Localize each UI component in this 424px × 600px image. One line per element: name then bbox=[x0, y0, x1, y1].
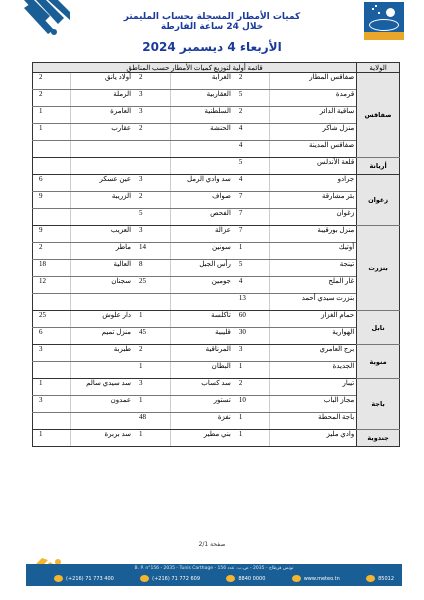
rainfall-value: 1 bbox=[133, 362, 170, 379]
station-name: طبربة bbox=[70, 345, 133, 362]
table-row: مجاز الباب10تستور1عمدون3 bbox=[33, 396, 400, 413]
table-row: أريانةقلعة الأندلس5 bbox=[33, 158, 400, 175]
station-name: الفحص bbox=[170, 209, 233, 226]
rainfall-value: 60 bbox=[233, 311, 270, 328]
web-icon bbox=[292, 575, 301, 582]
station-name: المرناقية bbox=[170, 345, 233, 362]
rainfall-value: 3 bbox=[233, 345, 270, 362]
page-number: صفحة 2/1 bbox=[0, 541, 424, 548]
station-name: صواف bbox=[170, 192, 233, 209]
rainfall-value bbox=[33, 362, 71, 379]
station-name: تستور bbox=[170, 396, 233, 413]
governorate-cell: نابل bbox=[357, 311, 400, 345]
table-row: منوبةبرج العامري3المرناقية2طبربة3 bbox=[33, 345, 400, 362]
rainfall-value: 3 bbox=[133, 90, 170, 107]
table-row: قرمدة5العقاربية3الرملة2 bbox=[33, 90, 400, 107]
station-name bbox=[70, 362, 133, 379]
rainfall-value: 2 bbox=[133, 345, 170, 362]
station-name: قليبية bbox=[170, 328, 233, 345]
station-name bbox=[70, 413, 133, 430]
footer-contact-text: 85012 bbox=[378, 576, 394, 582]
fax-icon bbox=[140, 575, 149, 582]
station-name: العامرة bbox=[70, 107, 133, 124]
rainfall-value: 13 bbox=[233, 294, 270, 311]
governorate-cell: جندوبة bbox=[357, 430, 400, 447]
footer-contact-item: (+216) 71 772 609 bbox=[140, 575, 200, 582]
station-name: البطان bbox=[170, 362, 233, 379]
station-name bbox=[170, 141, 233, 158]
rainfall-value: 1 bbox=[233, 430, 270, 447]
rainfall-value: 1 bbox=[133, 396, 170, 413]
table-row: الجديدة1البطان1 bbox=[33, 362, 400, 379]
station-name: سونين bbox=[170, 243, 233, 260]
station-name: ساقية الدائر bbox=[270, 107, 357, 124]
station-name: بني مطير bbox=[170, 430, 233, 447]
rainfall-value: 3 bbox=[133, 379, 170, 396]
header-title: قائمة أولية لتوزيع كميات الأمطار حسب الم… bbox=[33, 63, 357, 73]
rainfall-value: 2 bbox=[233, 73, 270, 90]
station-name bbox=[170, 294, 233, 311]
document-date: الأربعاء 4 ديسمبر 2024 bbox=[0, 40, 424, 54]
header-governorate: الولاية bbox=[357, 63, 400, 73]
rainfall-value: 7 bbox=[233, 209, 270, 226]
table-row: باجةتيبار2سد كساب3سد سيدي سالم1 bbox=[33, 379, 400, 396]
table-row: باجة المحطة1نفزة48 bbox=[33, 413, 400, 430]
rainfall-value: 8 bbox=[133, 260, 170, 277]
station-name: أولاد يانق bbox=[70, 73, 133, 90]
rainfall-value: 1 bbox=[33, 430, 71, 447]
station-name: الزريبة bbox=[70, 192, 133, 209]
rainfall-value: 3 bbox=[133, 175, 170, 192]
table-row: ساقية الدائر2السلطنية3العامرة1 bbox=[33, 107, 400, 124]
governorate-cell: منوبة bbox=[357, 345, 400, 379]
rainfall-value: 5 bbox=[133, 209, 170, 226]
rainfall-value: 1 bbox=[233, 362, 270, 379]
footer-contact-item: www.meteo.tn bbox=[292, 575, 340, 582]
footer-contact-text[interactable]: www.meteo.tn bbox=[304, 576, 340, 582]
station-name: عزالة bbox=[170, 226, 233, 243]
station-name: زغوان bbox=[270, 209, 357, 226]
station-name bbox=[70, 141, 133, 158]
table-row: بنزرت سيدي أحمد13 bbox=[33, 294, 400, 311]
station-name: دار علوش bbox=[70, 311, 133, 328]
station-name bbox=[170, 158, 233, 175]
rainfall-value: 30 bbox=[233, 328, 270, 345]
station-name: تاكلسة bbox=[170, 311, 233, 328]
station-name: جرادو bbox=[270, 175, 357, 192]
governorate-cell: صفاقس bbox=[357, 73, 400, 158]
station-name: منزل تميم bbox=[70, 328, 133, 345]
station-name: برج العامري bbox=[270, 345, 357, 362]
mobile-icon bbox=[226, 575, 235, 582]
rainfall-value bbox=[133, 294, 170, 311]
footer-bar: B. P. n°156 - 2035 - Tunis Carthage - تو… bbox=[26, 564, 402, 586]
station-name: العالية bbox=[70, 260, 133, 277]
station-name: نفزة bbox=[170, 413, 233, 430]
star-icon bbox=[372, 8, 374, 10]
footer-contact-item: 85012 bbox=[366, 575, 394, 582]
rainfall-value: 4 bbox=[233, 124, 270, 141]
rainfall-value: 5 bbox=[233, 90, 270, 107]
rainfall-value: 1 bbox=[33, 379, 71, 396]
rainfall-value: 1 bbox=[133, 311, 170, 328]
station-name: صفاقس المطار bbox=[270, 73, 357, 90]
station-name: باجة المحطة bbox=[270, 413, 357, 430]
rainfall-value bbox=[33, 294, 71, 311]
station-name: أوتيك bbox=[270, 243, 357, 260]
sms-icon bbox=[366, 575, 375, 582]
station-name bbox=[70, 209, 133, 226]
station-name: السلطنية bbox=[170, 107, 233, 124]
table-row: غار الملح4جومين25سجنان12 bbox=[33, 277, 400, 294]
station-name: العقاربية bbox=[170, 90, 233, 107]
station-name: مجاز الباب bbox=[270, 396, 357, 413]
rainfall-value: 25 bbox=[33, 311, 71, 328]
table-row: زغوان7الفحص5 bbox=[33, 209, 400, 226]
document-subtitle: خلال 24 ساعة الفارطة bbox=[0, 22, 424, 32]
table-row: نابلحمام الغزاز60تاكلسة1دار علوش25 bbox=[33, 311, 400, 328]
station-name: الهوارية bbox=[270, 328, 357, 345]
station-name: منزل بورقيبة bbox=[270, 226, 357, 243]
rainfall-value: 3 bbox=[33, 396, 71, 413]
table-row: بئر مشارقة7صواف2الزريبة9 bbox=[33, 192, 400, 209]
rainfall-value: 7 bbox=[233, 226, 270, 243]
rainfall-value bbox=[133, 158, 170, 175]
footer-contact-item: 8840 0000 bbox=[226, 575, 265, 582]
governorate-cell: بنزرت bbox=[357, 226, 400, 311]
rainfall-value: 6 bbox=[33, 328, 71, 345]
station-name: الغرابة bbox=[170, 73, 233, 90]
station-name: الحنشة bbox=[170, 124, 233, 141]
rainfall-value: 2 bbox=[33, 243, 71, 260]
rainfall-value: 2 bbox=[133, 192, 170, 209]
station-name: سجنان bbox=[70, 277, 133, 294]
rainfall-value: 48 bbox=[133, 413, 170, 430]
station-name: سد كساب bbox=[170, 379, 233, 396]
footer-contact-text: (+216) 71 773 400 bbox=[66, 576, 114, 582]
footer-address: B. P. n°156 - 2035 - Tunis Carthage - تو… bbox=[26, 566, 402, 571]
station-name: صفاقس المدينة bbox=[270, 141, 357, 158]
rainfall-value: 2 bbox=[233, 107, 270, 124]
footer-contact-item: (+216) 71 773 400 bbox=[54, 575, 114, 582]
rainfall-value: 6 bbox=[33, 175, 71, 192]
rainfall-value: 1 bbox=[233, 413, 270, 430]
governorate-cell: باجة bbox=[357, 379, 400, 430]
rainfall-value: 2 bbox=[133, 73, 170, 90]
table-row: أوتيك1سونين14ماطر2 bbox=[33, 243, 400, 260]
table-row: صفاقس المدينة4 bbox=[33, 141, 400, 158]
rainfall-value: 2 bbox=[33, 90, 71, 107]
station-name: بئر مشارقة bbox=[270, 192, 357, 209]
station-name bbox=[70, 294, 133, 311]
rainfall-value: 45 bbox=[133, 328, 170, 345]
station-name: منزل شاكر bbox=[270, 124, 357, 141]
station-name: عمدون bbox=[70, 396, 133, 413]
governorate-cell: زغوان bbox=[357, 175, 400, 226]
station-name: عقارب bbox=[70, 124, 133, 141]
rainfall-value: 7 bbox=[233, 192, 270, 209]
station-name: عين عسكر bbox=[70, 175, 133, 192]
station-name: جومين bbox=[170, 277, 233, 294]
table-row: الهوارية30قليبية45منزل تميم6 bbox=[33, 328, 400, 345]
station-name: الجديدة bbox=[270, 362, 357, 379]
footer-contacts: (+216) 71 773 400(+216) 71 772 6098840 0… bbox=[54, 575, 394, 582]
station-name: قلعة الأندلس bbox=[270, 158, 357, 175]
station-name: ماطر bbox=[70, 243, 133, 260]
station-name: رأس الجبل bbox=[170, 260, 233, 277]
rainfall-value: 12 bbox=[33, 277, 71, 294]
footer-contact-text: (+216) 71 772 609 bbox=[152, 576, 200, 582]
rainfall-value: 2 bbox=[133, 124, 170, 141]
rainfall-value bbox=[33, 141, 71, 158]
rainfall-value: 3 bbox=[133, 226, 170, 243]
table-header-row: الولاية قائمة أولية لتوزيع كميات الأمطار… bbox=[33, 63, 400, 73]
station-name: وادي مليز bbox=[270, 430, 357, 447]
rainfall-value: 5 bbox=[233, 260, 270, 277]
rainfall-value: 1 bbox=[233, 243, 270, 260]
station-name: سد سيدي سالم bbox=[70, 379, 133, 396]
station-name: غار الملح bbox=[270, 277, 357, 294]
rainfall-value: 4 bbox=[233, 141, 270, 158]
station-name: الرملة bbox=[70, 90, 133, 107]
rainfall-value: 1 bbox=[33, 107, 71, 124]
rainfall-value: 9 bbox=[33, 226, 71, 243]
rainfall-value: 1 bbox=[133, 430, 170, 447]
rainfall-value: 5 bbox=[233, 158, 270, 175]
station-name: تينجة bbox=[270, 260, 357, 277]
table-row: صفاقسصفاقس المطار2الغرابة2أولاد يانق2 bbox=[33, 73, 400, 90]
footer-contact-text: 8840 0000 bbox=[238, 576, 265, 582]
rainfall-value: 3 bbox=[33, 345, 71, 362]
rainfall-value bbox=[133, 141, 170, 158]
table-row: جندوبةوادي مليز1بني مطير1سد بربرة1 bbox=[33, 430, 400, 447]
rainfall-value: 14 bbox=[133, 243, 170, 260]
station-name bbox=[70, 158, 133, 175]
rainfall-value: 1 bbox=[33, 124, 71, 141]
table-row: تينجة5رأس الجبل8العالية18 bbox=[33, 260, 400, 277]
rainfall-value: 10 bbox=[233, 396, 270, 413]
governorate-cell: أريانة bbox=[357, 158, 400, 175]
rainfall-value: 4 bbox=[233, 277, 270, 294]
station-name: قرمدة bbox=[270, 90, 357, 107]
rainfall-value: 2 bbox=[233, 379, 270, 396]
station-name: سد بربرة bbox=[70, 430, 133, 447]
table-row: بنزرتمنزل بورقيبة7عزالة3العزيب9 bbox=[33, 226, 400, 243]
station-name: العزيب bbox=[70, 226, 133, 243]
rainfall-value bbox=[33, 158, 71, 175]
emblem-band bbox=[364, 32, 404, 40]
rainfall-value: 4 bbox=[233, 175, 270, 192]
rainfall-value: 3 bbox=[133, 107, 170, 124]
rainfall-value: 9 bbox=[33, 192, 71, 209]
rainfall-table: الولاية قائمة أولية لتوزيع كميات الأمطار… bbox=[32, 62, 400, 447]
star-icon bbox=[375, 5, 377, 7]
rainfall-value: 18 bbox=[33, 260, 71, 277]
table-row: زغوانجرادو4سد وادي الرمل3عين عسكر6 bbox=[33, 175, 400, 192]
rainfall-value bbox=[33, 413, 71, 430]
station-name: بنزرت سيدي أحمد bbox=[270, 294, 357, 311]
document-title: كميات الأمطار المسجلة بحساب المليمتر bbox=[0, 12, 424, 22]
phone-icon bbox=[54, 575, 63, 582]
rainfall-value: 2 bbox=[33, 73, 71, 90]
rainfall-value bbox=[33, 209, 71, 226]
rainfall-value: 25 bbox=[133, 277, 170, 294]
station-name: سد وادي الرمل bbox=[170, 175, 233, 192]
station-name: تيبار bbox=[270, 379, 357, 396]
table-row: منزل شاكر4الحنشة2عقارب1 bbox=[33, 124, 400, 141]
station-name: حمام الغزاز bbox=[270, 311, 357, 328]
